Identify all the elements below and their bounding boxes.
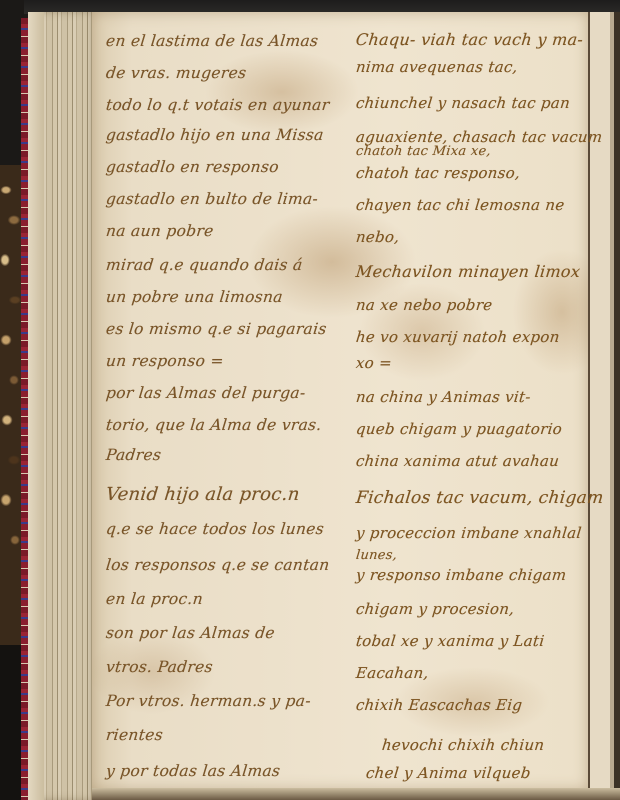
right-line: nima avequenas tac, [355,58,519,76]
left-line: y por todas las Almas [105,762,281,780]
right-line: chigam y procesion, [355,600,515,618]
left-line: gastadlo en bulto de lima- [105,190,319,208]
left-line: es lo mismo q.e si pagarais [105,320,328,338]
left-line: de vras. mugeres [105,64,247,82]
right-line: hevochi chixih chiun [381,736,545,754]
left-line: Por vtros. herman.s y pa- [105,692,312,710]
right-line: tobal xe y xanima y Lati [355,632,545,650]
right-line: nebo, [355,228,400,246]
right-line: Chaqu- viah tac vach y ma- [355,30,584,49]
right-line: chayen tac chi lemosna ne [355,196,565,214]
left-line: torio, que la Alma de vras. [105,416,323,434]
right-line: y proceccion imbane xnahlal [355,524,583,542]
right-line: chixih Eascachas Eig [355,696,523,714]
left-line: q.e se hace todos los lunes [105,520,325,538]
right-line: chatoh tac responso, [355,164,521,182]
right-line: he vo xuvarij natoh expon [355,328,561,346]
left-line: un responso = [105,352,225,370]
right-line: Fichalos tac vacum, chigam [355,488,605,508]
left-line: un pobre una limosna [105,288,284,306]
stacked-page-edges [28,12,98,800]
left-line: gastadlo en responso [105,158,280,176]
headband-strip [21,18,28,800]
right-line: china xanima atut avahau [355,452,560,470]
right-line: chiunchel y nasach tac pan [355,94,571,112]
left-line: todo lo q.t votais en ayunar [105,96,330,114]
right-line: lunes, [355,548,398,563]
left-line: na aun pobre [105,222,215,240]
left-line: en el lastima de las Almas [105,32,319,50]
left-line: son por las Almas de [105,624,276,642]
left-line: vtros. Padres [105,658,214,676]
bottom-page-edge [92,788,620,800]
left-line: mirad q.e quando dais á [105,256,303,274]
right-line: chatoh tac Mixa xe, [355,144,491,159]
right-line: Mechavilon minayen limox [355,262,581,281]
right-line: na china y Animas vit- [355,388,532,406]
right-line: xo = [355,354,393,372]
right-line: chel y Anima vilqueb [365,764,532,782]
left-line: Venid hijo ala proc.n [105,484,301,505]
left-line: por las Almas del purga- [105,384,306,402]
left-line: gastadlo hijo en una Missa [105,126,325,144]
right-line: queb chigam y puagatorio [355,420,563,438]
right-line: y responso imbane chigam [355,566,567,584]
left-line: los responsos q.e se cantan [105,556,330,574]
right-line: na xe nebo pobre [355,296,493,314]
left-line: Padres [105,446,162,464]
right-line: Eacahan, [355,664,430,682]
left-line: rientes [105,726,164,744]
left-line: en la proc.n [105,590,204,608]
